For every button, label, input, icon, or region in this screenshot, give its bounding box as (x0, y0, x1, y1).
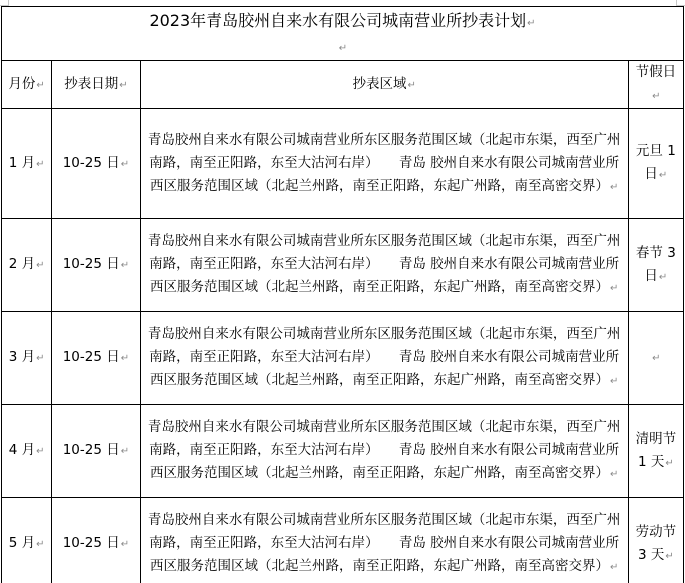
month-cell[interactable]: 2 月↵ (2, 219, 52, 312)
paragraph-mark-icon: ↵ (36, 159, 44, 170)
holiday-cell[interactable]: 元旦 1 日↵ (628, 109, 683, 219)
table-row: 5 月↵ 10-25 日↵ 青岛胶州自来水有限公司城南营业所东区服务范围区域（北… (2, 498, 684, 583)
month-cell[interactable]: 1 月↵ (2, 109, 52, 219)
header-date[interactable]: 抄表日期↵ (52, 61, 140, 109)
date-value: 10-25 日 (63, 349, 120, 365)
month-cell[interactable]: 3 月↵ (2, 312, 52, 405)
paragraph-mark-icon: ↵ (610, 283, 618, 294)
header-area-label: 抄表区域 (352, 76, 406, 92)
paragraph-mark-icon: ↵ (527, 18, 535, 29)
header-date-label: 抄表日期 (64, 76, 118, 92)
table-row: 1 月↵ 10-25 日↵ 青岛胶州自来水有限公司城南营业所东区服务范围区域（北… (2, 109, 684, 219)
meter-reading-plan-table: 2023年青岛胶州自来水有限公司城南营业所抄表计划↵ ↵ 月份↵ 抄表日期↵ 抄… (1, 6, 684, 583)
paragraph-mark-icon: ↵ (121, 260, 129, 271)
date-cell[interactable]: 10-25 日↵ (52, 405, 140, 498)
header-month[interactable]: 月份↵ (2, 61, 52, 109)
header-holiday[interactable]: 节假日↵ (628, 61, 683, 109)
month-value: 1 月 (9, 155, 35, 171)
paragraph-mark-icon: ↵ (339, 43, 347, 54)
paragraph-mark-icon: ↵ (121, 159, 129, 170)
date-value: 10-25 日 (63, 535, 120, 551)
month-value: 2 月 (9, 256, 35, 272)
area-value: 青岛胶州自来水有限公司城南营业所东区服务范围区域（北起市东渠，西至广州南路，南至… (148, 326, 621, 388)
date-value: 10-25 日 (63, 155, 120, 171)
table-row: 2 月↵ 10-25 日↵ 青岛胶州自来水有限公司城南营业所东区服务范围区域（北… (2, 219, 684, 312)
header-month-label: 月份 (8, 76, 35, 92)
paragraph-mark-icon: ↵ (121, 446, 129, 457)
month-cell[interactable]: 5 月↵ (2, 498, 52, 583)
area-cell[interactable]: 青岛胶州自来水有限公司城南营业所东区服务范围区域（北起市东渠，西至广州南路，南至… (140, 219, 628, 312)
date-cell[interactable]: 10-25 日↵ (52, 219, 140, 312)
paragraph-mark-icon: ↵ (36, 539, 44, 550)
table-row: 4 月↵ 10-25 日↵ 青岛胶州自来水有限公司城南营业所东区服务范围区域（北… (2, 405, 684, 498)
paragraph-mark-icon: ↵ (659, 170, 667, 181)
header-row: 月份↵ 抄表日期↵ 抄表区域↵ 节假日↵ (2, 61, 684, 109)
date-value: 10-25 日 (63, 442, 120, 458)
title-row: 2023年青岛胶州自来水有限公司城南营业所抄表计划↵ ↵ (2, 7, 684, 61)
paragraph-mark-icon: ↵ (36, 260, 44, 271)
date-cell[interactable]: 10-25 日↵ (52, 312, 140, 405)
paragraph-mark-icon: ↵ (659, 272, 667, 283)
holiday-cell[interactable]: 清明节 1 天↵ (628, 405, 683, 498)
holiday-value: 春节 3 日 (636, 245, 676, 284)
paragraph-mark-icon: ↵ (119, 80, 127, 91)
paragraph-mark-icon: ↵ (610, 469, 618, 480)
month-value: 4 月 (9, 442, 35, 458)
paragraph-mark-icon: ↵ (665, 551, 673, 562)
date-cell[interactable]: 10-25 日↵ (52, 498, 140, 583)
area-cell[interactable]: 青岛胶州自来水有限公司城南营业所东区服务范围区域（北起市东渠，西至广州南路，南至… (140, 312, 628, 405)
paragraph-mark-icon: ↵ (121, 539, 129, 550)
holiday-cell[interactable]: 劳动节 3 天↵ (628, 498, 683, 583)
area-cell[interactable]: 青岛胶州自来水有限公司城南营业所东区服务范围区域（北起市东渠，西至广州南路，南至… (140, 405, 628, 498)
month-value: 3 月 (9, 349, 35, 365)
paragraph-mark-icon: ↵ (36, 353, 44, 364)
header-holiday-label: 节假日 (636, 64, 677, 80)
paragraph-mark-icon: ↵ (407, 80, 415, 91)
area-cell[interactable]: 青岛胶州自来水有限公司城南营业所东区服务范围区域（北起市东渠，西至广州南路，南至… (140, 109, 628, 219)
area-cell[interactable]: 青岛胶州自来水有限公司城南营业所东区服务范围区域（北起市东渠，西至广州南路，南至… (140, 498, 628, 583)
holiday-cell[interactable]: ↵ (628, 312, 683, 405)
date-cell[interactable]: 10-25 日↵ (52, 109, 140, 219)
header-area[interactable]: 抄表区域↵ (140, 61, 628, 109)
paragraph-mark-icon: ↵ (610, 562, 618, 573)
paragraph-mark-icon: ↵ (610, 182, 618, 193)
area-value: 青岛胶州自来水有限公司城南营业所东区服务范围区域（北起市东渠，西至广州南路，南至… (148, 512, 621, 574)
holiday-cell[interactable]: 春节 3 日↵ (628, 219, 683, 312)
area-value: 青岛胶州自来水有限公司城南营业所东区服务范围区域（北起市东渠，西至广州南路，南至… (148, 419, 621, 481)
holiday-value: 元旦 1 日 (636, 143, 676, 182)
paragraph-mark-icon: ↵ (652, 91, 660, 102)
paragraph-mark-icon: ↵ (665, 458, 673, 469)
title-cell[interactable]: 2023年青岛胶州自来水有限公司城南营业所抄表计划↵ ↵ (2, 7, 684, 61)
paragraph-mark-icon: ↵ (36, 80, 44, 91)
date-value: 10-25 日 (63, 256, 120, 272)
paragraph-mark-icon: ↵ (610, 376, 618, 387)
month-cell[interactable]: 4 月↵ (2, 405, 52, 498)
table-row: 3 月↵ 10-25 日↵ 青岛胶州自来水有限公司城南营业所东区服务范围区域（北… (2, 312, 684, 405)
area-value: 青岛胶州自来水有限公司城南营业所东区服务范围区域（北起市东渠，西至广州南路，南至… (148, 132, 621, 194)
month-value: 5 月 (9, 535, 35, 551)
paragraph-mark-icon: ↵ (652, 353, 660, 364)
area-value: 青岛胶州自来水有限公司城南营业所东区服务范围区域（北起市东渠，西至广州南路，南至… (148, 233, 621, 295)
paragraph-mark-icon: ↵ (121, 353, 129, 364)
document-title: 2023年青岛胶州自来水有限公司城南营业所抄表计划 (149, 11, 526, 30)
paragraph-mark-icon: ↵ (36, 446, 44, 457)
